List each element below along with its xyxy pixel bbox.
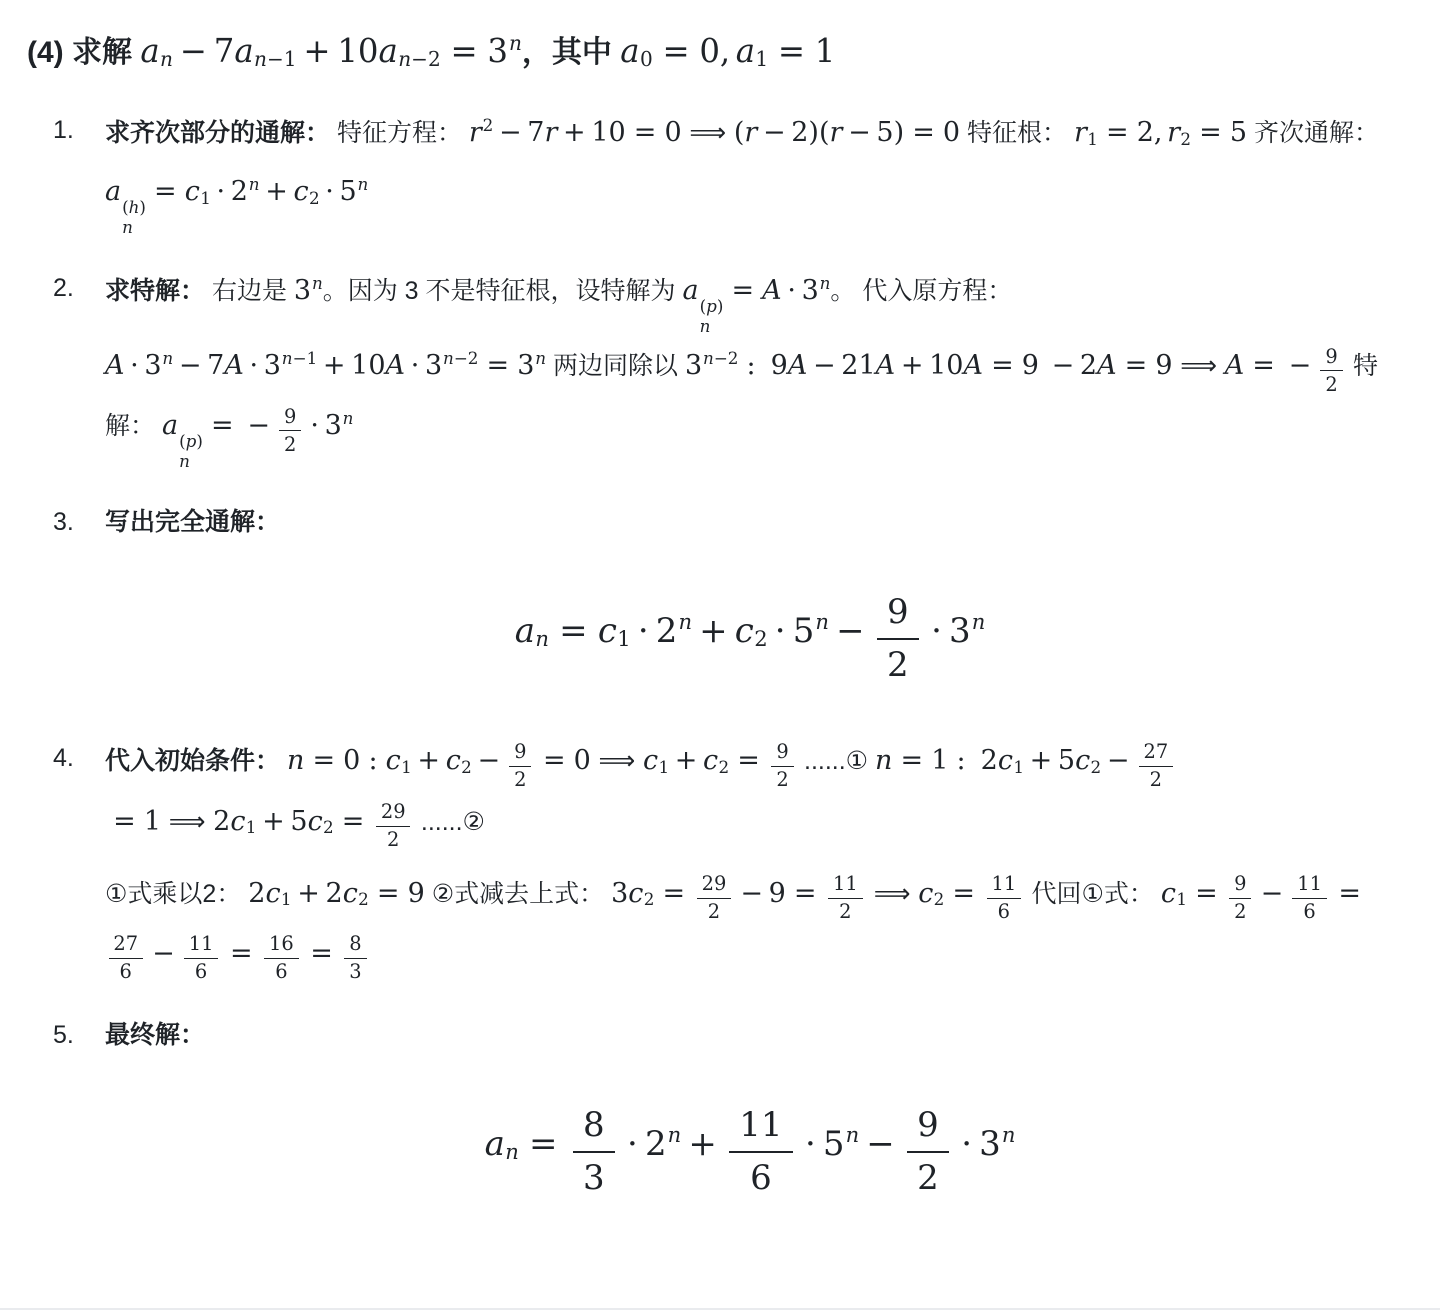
fraction: 92 [1229, 873, 1251, 923]
math-run: a(p)n=−92·3n [162, 410, 353, 441]
text-run: 。 代入原方程： [830, 277, 1012, 305]
step-number: 3. [53, 495, 74, 550]
text-run [280, 747, 287, 775]
implies-arrow-icon: ⟹ [1180, 351, 1217, 381]
math-run: −2A=9⟹A=−92 [1046, 350, 1346, 381]
display-formula: an=83·2n+116·5n−92·3n [105, 1105, 1395, 1199]
fraction: 92 [877, 592, 919, 686]
bold-run: 代入初始条件： [105, 747, 280, 775]
math-run: a(h)n=c1·2n+c2·5n [105, 176, 368, 207]
text-run [1039, 352, 1046, 380]
text-run: 特征根： [960, 119, 1074, 147]
solution-step: 2.求特解： 右边是 3n。因为 3 不是特征根，设特解为 a(p)n=A·3n… [105, 261, 1395, 470]
fraction: 116 [1292, 873, 1326, 923]
text-run: ......① [797, 747, 875, 775]
math-run: r2−7r+10=0⟹(r−2)(r−5)=0 [469, 117, 960, 148]
fraction: 83 [344, 933, 366, 983]
math-run: n=1: [875, 745, 974, 776]
text-run: 齐次通解： [1247, 119, 1379, 147]
step-paragraph: 求齐次部分的通解： 特征方程： r2−7r+10=0⟹(r−2)(r−5)=0 … [105, 103, 1395, 237]
text-run: 。因为 3 不是特征根，设特解为 [323, 277, 683, 305]
bold-run: 求齐次部分的通解： [105, 119, 330, 147]
fraction: 116 [987, 873, 1021, 923]
fraction: 92 [509, 741, 531, 791]
math-run: n=0:c1+c2−92=0⟹c1+c2=92 [287, 745, 797, 776]
solution-step: 3.写出完全通解：an=c1·2n+c2·5n−92·3n [105, 495, 1395, 686]
text-run: ①式乘以2： [105, 880, 248, 908]
display-formula: an=c1·2n+c2·5n−92·3n [105, 592, 1395, 686]
step-paragraph: 代入初始条件： n=0:c1+c2−92=0⟹c1+c2=92 ......① … [105, 731, 1395, 851]
fraction: 116 [184, 933, 218, 983]
fraction: 92 [279, 406, 301, 456]
bold-run: 最终解： [105, 1021, 205, 1049]
implies-arrow-icon: ⟹ [599, 746, 636, 776]
fraction: 166 [264, 933, 298, 983]
text-run: 代回①式： [1025, 880, 1161, 908]
math-run: 3c2=292−9=112⟹c2=116 [611, 878, 1024, 909]
math-run: a0=0,a1=1 [620, 32, 835, 70]
math-run: 3n [294, 275, 323, 306]
bold-run: ，其中 [522, 36, 620, 69]
fraction: 92 [1320, 346, 1342, 396]
step-paragraph: 写出完全通解： [105, 495, 1395, 550]
math-run: 3n−2: [685, 350, 764, 381]
text-run: ②式减去上式： [425, 880, 611, 908]
text-run: 特征方程： [330, 119, 469, 147]
math-run: r1=2,r2=5 [1074, 117, 1247, 148]
solution-step: 1.求齐次部分的通解： 特征方程： r2−7r+10=0⟹(r−2)(r−5)=… [105, 103, 1395, 237]
bold-run: (4) 求解 [27, 36, 140, 69]
fraction: 292 [376, 801, 410, 851]
step-paragraph: 最终解： [105, 1008, 1395, 1063]
bold-run: 写出完全通解： [105, 508, 280, 536]
fraction: 92 [907, 1105, 949, 1199]
step-number: 4. [53, 731, 74, 786]
problem-heading: (4) 求解 an−7an−1+10an−2=3n，其中 a0=0,a1=1 [27, 24, 1395, 79]
step-number: 5. [53, 1008, 74, 1063]
document-page: (4) 求解 an−7an−1+10an−2=3n，其中 a0=0,a1=1 1… [0, 0, 1440, 1315]
text-run: 两边同除以 [546, 352, 685, 380]
math-run: A·3n−7A·3n−1+10A·3n−2=3n [105, 350, 546, 381]
fraction: 92 [771, 741, 793, 791]
math-run: 9A−21A+10A=9 [771, 350, 1039, 381]
fraction: 83 [573, 1105, 615, 1199]
implies-arrow-icon: ⟹ [689, 118, 726, 148]
solution-step: 4.代入初始条件： n=0:c1+c2−92=0⟹c1+c2=92 ......… [105, 731, 1395, 983]
bold-run: 求特解： [105, 277, 205, 305]
implies-arrow-icon: ⟹ [874, 879, 911, 909]
fraction: 272 [1139, 741, 1173, 791]
solution-steps: 1.求齐次部分的通解： 特征方程： r2−7r+10=0⟹(r−2)(r−5)=… [27, 103, 1395, 1198]
text-run [764, 352, 771, 380]
text-run: ......② [414, 808, 485, 836]
math-run: 2c1+2c2=9 [248, 878, 425, 909]
step-number: 1. [53, 103, 74, 158]
step-paragraph: ①式乘以2： 2c1+2c2=9 ②式减去上式： 3c2=292−9=112⟹c… [105, 864, 1395, 984]
bottom-divider [0, 1308, 1440, 1310]
fraction: 112 [828, 873, 862, 923]
implies-arrow-icon: ⟹ [169, 807, 206, 837]
step-paragraph: 求特解： 右边是 3n。因为 3 不是特征根，设特解为 a(p)n=A·3n。 … [105, 261, 1395, 470]
fraction: 276 [109, 933, 143, 983]
text-run: 右边是 [205, 277, 294, 305]
text-run [974, 747, 981, 775]
fraction: 292 [697, 873, 731, 923]
solution-step: 5.最终解：an=83·2n+116·5n−92·3n [105, 1008, 1395, 1199]
fraction: 116 [729, 1105, 793, 1199]
step-number: 2. [53, 261, 74, 316]
math-run: an−7an−1+10an−2=3n [140, 32, 522, 70]
math-run: a(p)n=A·3n [682, 275, 830, 306]
